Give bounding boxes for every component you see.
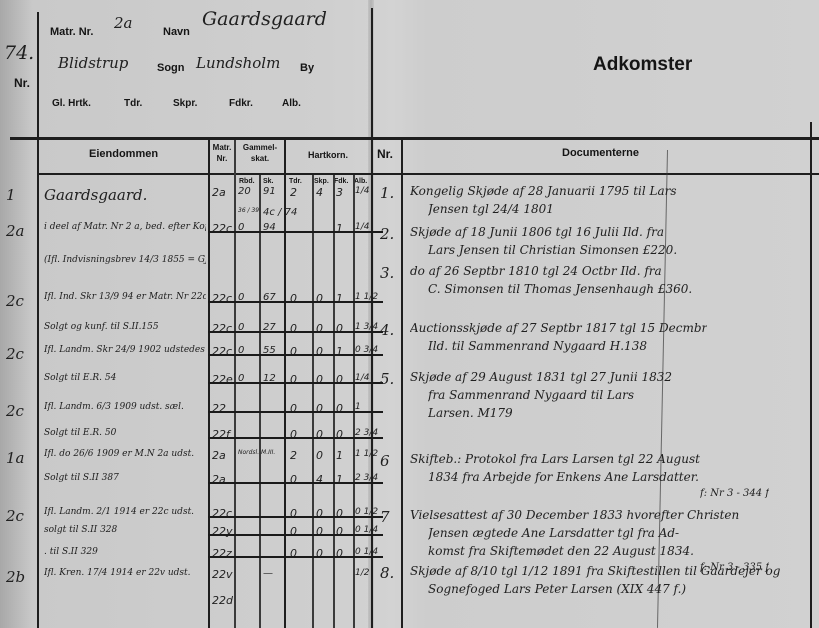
fdk-cell: 0 — [336, 322, 343, 335]
adkomster-nr-header: Nr. — [377, 147, 393, 161]
adkomst-line: Kongelig Skjøde af 28 Januarii 1795 til … — [410, 184, 677, 198]
hartkorn-header: Hartkorn. — [308, 150, 348, 160]
adkomst-line: Lars Jensen til Christian Simonsen £220. — [428, 243, 677, 257]
sk-cell: 4c / 74 — [263, 207, 297, 218]
skp-cell: 0 — [316, 525, 323, 538]
fdk-cell: 0 — [336, 402, 343, 415]
tdr-cell: 2 — [290, 186, 297, 199]
matr-nr-cell: 2a — [212, 473, 226, 486]
parish-value: Blidstrup — [58, 54, 128, 72]
matr-nr-cell: 22c — [212, 222, 232, 235]
strikethrough-line — [208, 331, 383, 333]
matr-nr-cell: 22c — [212, 507, 232, 520]
property-text: Ifl. do 26/6 1909 er M.N 2a udst. — [44, 449, 194, 459]
adkomst-line: C. Simonsen til Thomas Jensenhaugh £360. — [428, 282, 692, 296]
adkomst-nr: 8. — [380, 564, 394, 582]
adkomst-line: Larsen. M179 — [428, 406, 513, 420]
sogn-label: Sogn — [157, 62, 185, 74]
col-rule-right — [810, 122, 812, 628]
eiendommen-header: Eiendommen — [89, 148, 158, 160]
col-rule-gammelskat — [234, 140, 236, 628]
fdk-cell: 1 — [336, 292, 343, 305]
property-text: (Ifl. Indvisningsbrev 14/3 1855 = Gjelt.… — [44, 255, 206, 265]
fdk-cell: 0 — [336, 547, 343, 560]
gammelskat-header: Gammel- skat. — [238, 142, 282, 164]
skpr-label: Skpr. — [173, 98, 197, 109]
adkomst-line: Skjøde af 18 Junii 1806 tgl 16 Julii Ild… — [410, 225, 664, 239]
adkomst-line: Skjøde af 8/10 tgl 1/12 1891 fra Skiftes… — [410, 564, 780, 578]
matr-nr-cell: 22f — [212, 428, 230, 441]
property-text: Ifl. Landm. Skr 24/9 1902 udstedes — [44, 345, 205, 355]
fdkr-label: Fdkr. — [229, 98, 253, 109]
matr-nr-cell: 2a — [212, 186, 226, 199]
matr-nr-cell: 22e — [212, 373, 233, 386]
strikethrough-line — [208, 516, 383, 518]
row-mark: 2c — [6, 292, 24, 310]
sk-cell: — — [263, 568, 273, 579]
navn-value: Gaardsgaard — [202, 8, 327, 30]
page-number: 74. — [4, 42, 34, 64]
adkomst-nr: 5. — [380, 370, 394, 388]
property-text: Solgt til E.R. 54 — [44, 373, 116, 383]
matr-nr-label: Matr. Nr. — [50, 26, 93, 38]
sk-subheader: Sk. — [263, 178, 274, 185]
property-text: Solgt til E.R. 50 — [44, 428, 116, 438]
property-text: Ifl. Kren. 17/4 1914 er 22v udst. — [44, 568, 191, 578]
alb-label: Alb. — [282, 98, 301, 109]
by-value: Lundsholm — [196, 54, 280, 72]
tdr-subheader: Tdr. — [289, 178, 302, 185]
adkomst-line: Sognefoged Lars Peter Larsen (XIX 447 f.… — [428, 582, 686, 596]
tdr-cell: 0 — [290, 525, 297, 538]
by-label: By — [300, 62, 314, 74]
adkomst-line: Jensen tgl 24/4 1801 — [428, 202, 554, 216]
fdk-cell: 0 — [336, 525, 343, 538]
matr-nr-cell: 22v — [212, 568, 233, 581]
matr-nr-header: Matr. Nr. — [210, 142, 234, 164]
rbd-cell: 36 / 39 — [238, 207, 259, 214]
skp-cell: 0 — [316, 292, 323, 305]
skp-cell: 0 — [316, 345, 323, 358]
strikethrough-line — [208, 437, 383, 439]
fdk-cell: 3 — [336, 186, 343, 199]
property-text: Ifl. Ind. Skr 13/9 94 er Matr. Nr 22c ud… — [44, 292, 206, 302]
alb-cell: 1/4 — [355, 186, 369, 196]
row-mark: 1 — [6, 186, 16, 204]
tdr-cell: 0 — [290, 345, 297, 358]
row-mark: 2a — [6, 222, 25, 240]
left-margin-rule — [37, 12, 39, 628]
matr-nr-cell: 22z — [212, 547, 232, 560]
adkomst-nr: 7 — [380, 508, 390, 526]
tdr-cell: 0 — [290, 547, 297, 560]
strikethrough-line — [208, 411, 383, 413]
col-rule-matr — [208, 140, 210, 628]
rbd-cell: Nordsl. M.III. — [238, 449, 275, 456]
tdr-cell: 0 — [290, 402, 297, 415]
adkomst-line: do af 26 Septbr 1810 tgl 24 Octbr Ild. f… — [410, 264, 662, 278]
property-text: . til S.II 329 — [44, 547, 98, 557]
matr-nr-cell: 22 — [212, 402, 226, 415]
skp-cell: 0 — [316, 449, 323, 462]
gl-hrtk-label: Gl. Hrtk. — [52, 98, 91, 109]
strikethrough-line — [208, 534, 383, 536]
fdk-cell: 0 — [336, 428, 343, 441]
tdr-cell: 0 — [290, 373, 297, 386]
rbd-subheader: Rbd. — [239, 178, 255, 185]
skp-cell: 0 — [316, 507, 323, 520]
strikethrough-line — [208, 382, 383, 384]
alb-subheader: Alb. — [354, 178, 367, 185]
row-mark: 2c — [6, 507, 24, 525]
property-text: Ifl. Landm. 2/1 1914 er 22c udst. — [44, 507, 194, 517]
matr-nr-cell: 22d — [212, 594, 233, 607]
adkomst-line: Auctionsskjøde af 27 Septbr 1817 tgl 15 … — [410, 321, 707, 335]
skp-cell: 0 — [316, 373, 323, 386]
adkomst-nr: 1. — [380, 184, 394, 202]
matr-nr-value: 2a — [114, 14, 133, 32]
adkomst-nr: 4. — [380, 321, 394, 339]
skp-cell: 4 — [316, 186, 323, 199]
adkomst-line: Skjøde af 29 August 1831 tgl 27 Junii 18… — [410, 370, 672, 384]
property-text: solgt til S.II 328 — [44, 525, 117, 535]
alb-cell: 1 1/2 — [355, 449, 378, 459]
tdr-cell: 0 — [290, 292, 297, 305]
strikethrough-line — [208, 354, 383, 356]
matr-nr-cell: 22c — [212, 322, 232, 335]
tdr-cell: 0 — [290, 322, 297, 335]
rbd-cell: 20 — [238, 186, 251, 197]
property-text: Solgt til S.II 387 — [44, 473, 119, 483]
col-rule-skp — [312, 175, 314, 628]
strikethrough-line — [208, 231, 383, 233]
tdr-cell: 2 — [290, 449, 297, 462]
col-rule-fdk — [333, 175, 335, 628]
register-page: 74. Nr. Matr. Nr. 2a Navn Gaardsgaard Bl… — [0, 0, 819, 628]
property-text: i deel af Matr. Nr 2 a, bed. efter Kopi.… — [44, 222, 206, 232]
header-top-rule — [10, 137, 819, 140]
property-text: Ifl. Landm. 6/3 1909 udst. sæl. — [44, 402, 184, 412]
skp-subheader: Skp. — [314, 178, 329, 185]
fdk-cell: 0 — [336, 373, 343, 386]
navn-label: Navn — [163, 26, 190, 38]
fdk-cell: 1 — [336, 473, 343, 486]
skp-cell: 0 — [316, 428, 323, 441]
adkomst-line: 1834 fra Arbejde for Enkens Ane Larsdatt… — [428, 470, 699, 484]
strikethrough-line — [208, 556, 383, 558]
skp-cell: 0 — [316, 547, 323, 560]
skp-cell: 0 — [316, 402, 323, 415]
adkomst-line: Jensen ægtede Ane Larsdatter tgl fra Ad- — [428, 526, 679, 540]
tdr-cell: 0 — [290, 428, 297, 441]
fdk-cell: 1 — [336, 449, 343, 462]
matr-nr-cell: 2a — [212, 449, 226, 462]
adkomst-nr: 6 — [380, 452, 390, 470]
matr-nr-cell: 22y — [212, 525, 233, 538]
row-mark: 2c — [6, 402, 24, 420]
tdr-cell: 0 — [290, 507, 297, 520]
matr-nr-cell: 22c — [212, 345, 232, 358]
documenterne-header: Documenterne — [562, 147, 639, 159]
adkomst-line: Vielsesattest af 30 December 1833 hvoref… — [410, 508, 739, 522]
fdk-cell: 1 — [336, 345, 343, 358]
nr-label: Nr. — [14, 76, 30, 90]
alb-cell: 1/2 — [355, 568, 369, 578]
adkomst-line: komst fra Skiftemødet den 22 August 1834… — [428, 544, 694, 558]
adkomster-title: Adkomster — [593, 54, 692, 76]
strikethrough-line — [208, 301, 383, 303]
adkomst-nr: 2. — [380, 225, 394, 243]
sk-cell: 91 — [263, 186, 276, 197]
skp-cell: 4 — [316, 473, 323, 486]
row-mark: 1a — [6, 449, 25, 467]
tdr-label: Tdr. — [124, 98, 142, 109]
header-bottom-rule — [37, 173, 819, 175]
property-text: Solgt og kunf. til S.II.155 — [44, 322, 159, 332]
skp-cell: 0 — [316, 322, 323, 335]
tdr-cell: 0 — [290, 473, 297, 486]
fdk-cell: 1 — [336, 222, 343, 235]
row-mark: 2b — [6, 568, 25, 586]
matr-nr-cell: 22c — [212, 292, 232, 305]
col-rule-adk-nr — [401, 140, 403, 628]
property-text: Gaardsgaard. — [44, 186, 147, 204]
strikethrough-line — [208, 482, 383, 484]
row-mark: 2c — [6, 345, 24, 363]
adkomst-line: f: Nr 3 - 344 f — [700, 488, 769, 499]
adkomst-nr: 3. — [380, 264, 394, 282]
fdk-subheader: Fdk. — [334, 178, 348, 185]
col-rule-sk — [259, 175, 261, 628]
adkomst-line: fra Sammenrand Nygaard til Lars — [428, 388, 634, 402]
fdk-cell: 0 — [336, 507, 343, 520]
adkomst-line: Skifteb.: Protokol fra Lars Larsen tgl 2… — [410, 452, 700, 466]
adkomst-line: Ild. til Sammenrand Nygaard H.138 — [428, 339, 647, 353]
